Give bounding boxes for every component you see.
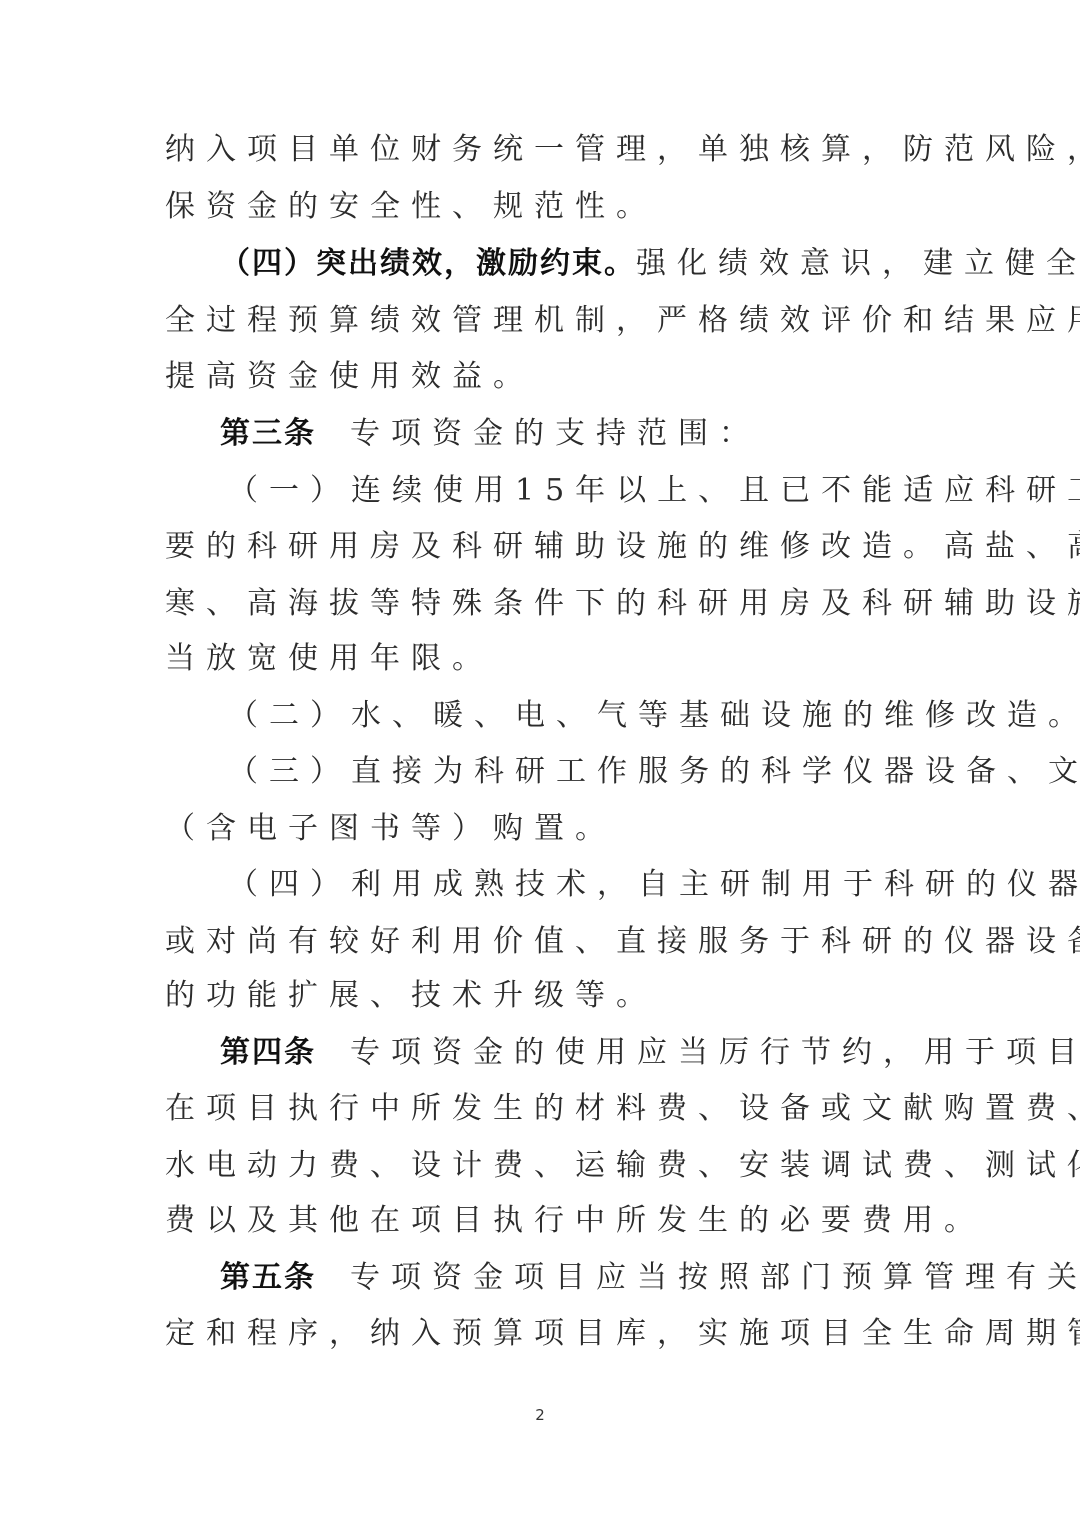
text-line: 或对尚有较好利用价值、直接服务于科研的仪器设备所进行 xyxy=(165,920,925,964)
page-number: 2 xyxy=(530,1406,550,1424)
article-body: 专项资金的使用应当厉行节约，用于项目单位 xyxy=(350,1035,1080,1070)
section-heading-bold: （四）突出绩效，激励约束。 xyxy=(220,246,636,281)
article-number: 第四条 xyxy=(220,1035,316,1070)
article-heading-line: 第五条专项资金项目应当按照部门预算管理有关规 xyxy=(220,1256,980,1300)
text-line: （二）水、暖、电、气等基础设施的维修改造。 xyxy=(228,694,988,738)
text-line: 费以及其他在项目执行中所发生的必要费用。 xyxy=(165,1199,925,1243)
text-line: 水电动力费、设计费、运输费、安装调试费、测试化验加工 xyxy=(165,1144,925,1188)
text-line: 提高资金使用效益。 xyxy=(165,355,925,399)
text-line: 保资金的安全性、规范性。 xyxy=(165,185,925,229)
text-line: 定和程序，纳入预算项目库，实施项目全生命周期管理。 xyxy=(165,1312,925,1356)
document-page: 纳入项目单位财务统一管理，单独核算，防范风险，切实确 保资金的安全性、规范性。 … xyxy=(0,0,1080,1527)
text-line: 的功能扩展、技术升级等。 xyxy=(165,974,925,1018)
article-heading-line: 第三条专项资金的支持范围： xyxy=(220,412,980,456)
text-line: （四）利用成熟技术，自主研制用于科研的仪器设备， xyxy=(228,863,988,907)
article-number: 第三条 xyxy=(220,416,316,451)
text-line: 全过程预算绩效管理机制，严格绩效评价和结果应用，切实 xyxy=(165,299,925,343)
text-line: 在项目执行中所发生的材料费、设备或文献购置费、劳务费、 xyxy=(165,1087,925,1131)
text-line: 要的科研用房及科研辅助设施的维修改造。高盐、高湿、高 xyxy=(165,525,925,569)
text-line: （一）连续使用15年以上、且已不能适应科研工作需 xyxy=(228,469,988,513)
article-heading-line: 第四条专项资金的使用应当厉行节约，用于项目单位 xyxy=(220,1031,980,1075)
article-body: 专项资金的支持范围： xyxy=(350,416,760,451)
text-line: 当放宽使用年限。 xyxy=(165,637,925,681)
article-number: 第五条 xyxy=(220,1260,316,1295)
text-line: （四）突出绩效，激励约束。强化绩效意识，建立健全 xyxy=(220,242,980,286)
text-line: （三）直接为科研工作服务的科学仪器设备、文献资料 xyxy=(228,750,988,794)
text-line: （含电子图书等）购置。 xyxy=(165,807,925,851)
section-body: 强化绩效意识，建立健全 xyxy=(636,246,1080,281)
article-body: 专项资金项目应当按照部门预算管理有关规 xyxy=(350,1260,1080,1295)
text-line: 纳入项目单位财务统一管理，单独核算，防范风险，切实确 xyxy=(165,128,925,172)
text-line: 寒、高海拔等特殊条件下的科研用房及科研辅助设施，可适 xyxy=(165,582,925,626)
